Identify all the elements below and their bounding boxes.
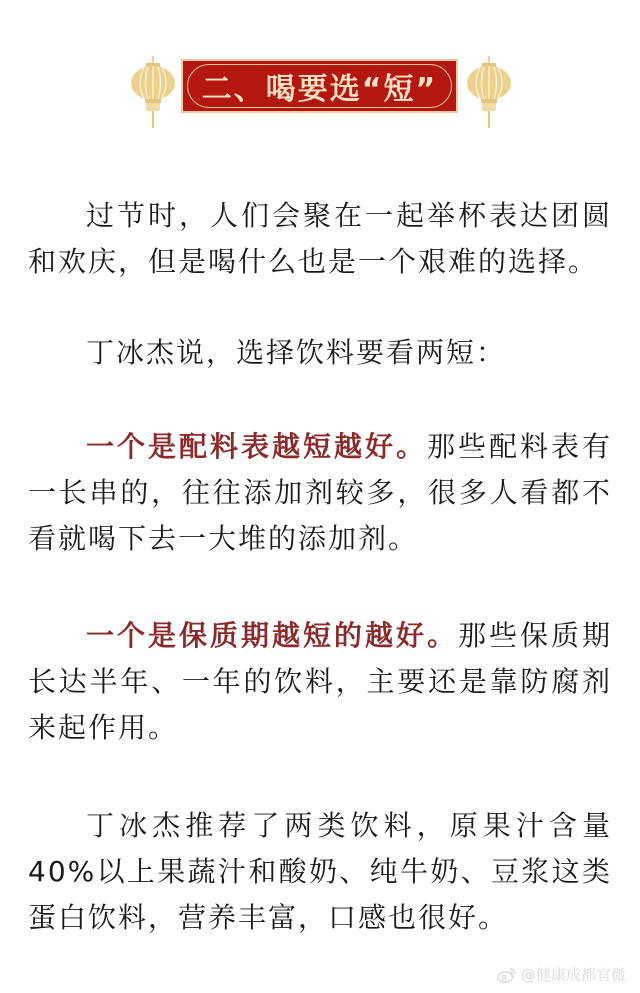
- highlight-text: 一个是配料表越短越好。: [86, 430, 427, 463]
- banner-pill: 二、喝要选“短”: [187, 64, 452, 108]
- paragraph-4: 一个是保质期越短的越好。那些保质期长达半年、一年的饮料，主要还是靠防腐剂来起作用…: [28, 613, 612, 751]
- weibo-icon: [497, 967, 517, 983]
- watermark-text: @健康成都官微: [521, 964, 626, 985]
- paragraph-3: 一个是配料表越短越好。那些配料表有一长串的，往往添加剂较多，很多人看都不看就喝下…: [28, 424, 612, 562]
- paragraph-2: 丁冰杰说，选择饮料要看两短：: [28, 330, 612, 376]
- lantern-icon: [130, 56, 176, 130]
- section-banner: 二、喝要选“短”: [0, 52, 640, 132]
- paragraph-text: 丁冰杰推荐了两类饮料，原果汁含量40%以上果蔬汁和酸奶、纯牛奶、豆浆这类蛋白饮料…: [28, 809, 612, 934]
- paragraph-5: 丁冰杰推荐了两类饮料，原果汁含量40%以上果蔬汁和酸奶、纯牛奶、豆浆这类蛋白饮料…: [28, 803, 612, 941]
- highlight-text: 一个是保质期越短的越好。: [86, 619, 458, 652]
- watermark: @健康成都官微: [497, 964, 626, 985]
- paragraph-text: 过节时，人们会聚在一起举杯表达团圆和欢庆，但是喝什么也是一个艰难的选择。: [28, 199, 612, 278]
- banner-box: 二、喝要选“短”: [181, 59, 458, 113]
- paragraph-text: 丁冰杰说，选择饮料要看两短：: [86, 336, 506, 369]
- paragraph-1: 过节时，人们会聚在一起举杯表达团圆和欢庆，但是喝什么也是一个艰难的选择。: [28, 193, 612, 285]
- section-title: 二、喝要选“短”: [202, 64, 437, 108]
- lantern-icon: [466, 56, 512, 130]
